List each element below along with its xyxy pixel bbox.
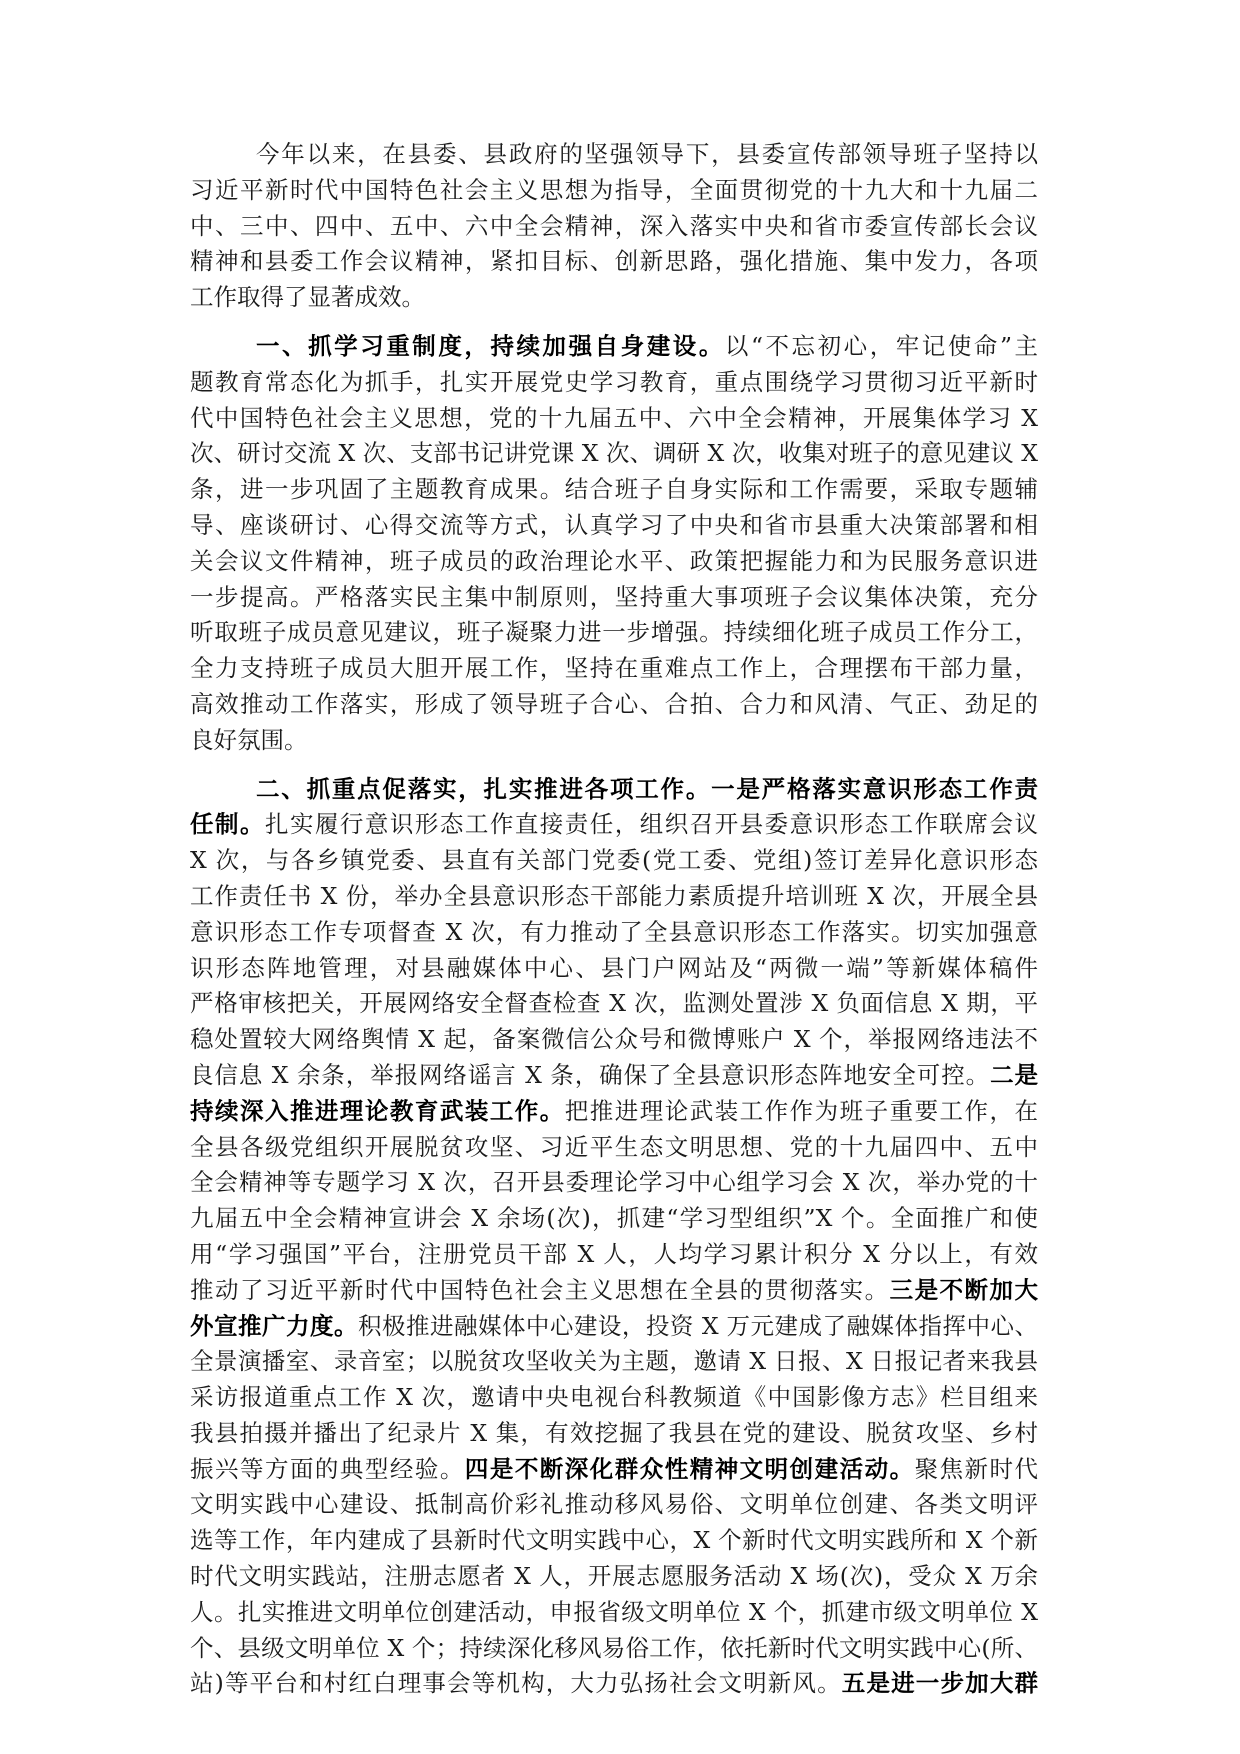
text-line: 题教育常态化为抓手，扎实开展党史学习教育，重点围绕学习贯彻习近平新时 bbox=[190, 365, 1038, 401]
paragraph-section-1: 一、抓学习重制度，持续加强自身建设。以“不忘初心，牢记使命”主题教育常态化为抓手… bbox=[190, 329, 1038, 759]
text-line: 持续深入推进理论教育武装工作。把推进理论武装工作作为班子重要工作，在 bbox=[190, 1094, 1038, 1130]
text-line: X 次，与各乡镇党委、县直有关部门党委(党工委、党组)签订差异化意识形态 bbox=[190, 843, 1038, 879]
body-text: 关会议文件精神，班子成员的政治理论水平、政策把握能力和为民服务意识进 bbox=[190, 547, 1038, 575]
bold-heading-text: 任制。 bbox=[190, 810, 265, 838]
text-line: 良好氛围。 bbox=[190, 723, 1038, 759]
body-text: 振兴等方面的典型经验。 bbox=[190, 1455, 465, 1483]
text-line: 全景演播室、录音室；以脱贫攻坚收关为主题，邀请 X 日报、X 日报记者来我县 bbox=[190, 1344, 1038, 1380]
body-text: 时代文明实践站，注册志愿者 X 人，开展志愿服务活动 X 场(次)，受众 X 万… bbox=[190, 1562, 1038, 1590]
text-line: 条，进一步巩固了主题教育成果。结合班子自身实际和工作需要，采取专题辅 bbox=[190, 472, 1038, 508]
bold-heading-text: 二、抓重点促落实，扎实推进各项工作。一是严格落实意识形态工作责 bbox=[256, 775, 1038, 803]
text-line: 识形态阵地管理，对县融媒体中心、县门户网站及“两微一端”等新媒体稿件 bbox=[190, 951, 1038, 987]
body-text: 意识形态工作专项督查 X 次，有力推动了全县意识形态工作落实。切实加强意 bbox=[190, 918, 1038, 946]
body-text: 全县各级党组织开展脱贫攻坚、习近平生态文明思想、党的十九届四中、五中 bbox=[190, 1133, 1038, 1161]
text-line: 工作取得了显著成效。 bbox=[190, 280, 1038, 316]
text-line: 采访报道重点工作 X 次，邀请中央电视台科教频道《中国影像方志》栏目组来 bbox=[190, 1380, 1038, 1416]
body-text: 采访报道重点工作 X 次，邀请中央电视台科教频道《中国影像方志》栏目组来 bbox=[190, 1383, 1038, 1411]
body-text: 条，进一步巩固了主题教育成果。结合班子自身实际和工作需要，采取专题辅 bbox=[190, 475, 1038, 503]
body-text: 个、县级文明单位 X 个；持续深化移风易俗工作，依托新时代文明实践中心(所、 bbox=[190, 1634, 1038, 1662]
text-line: 振兴等方面的典型经验。四是不断深化群众性精神文明创建活动。聚焦新时代 bbox=[190, 1452, 1038, 1488]
paragraph-section-2: 二、抓重点促落实，扎实推进各项工作。一是严格落实意识形态工作责任制。扎实履行意识… bbox=[190, 772, 1038, 1703]
text-line: 习近平新时代中国特色社会主义思想为指导，全面贯彻党的十九大和十九届二 bbox=[190, 173, 1038, 209]
bold-heading-text: 外宣推广力度。 bbox=[190, 1312, 358, 1340]
body-text: 题教育常态化为抓手，扎实开展党史学习教育，重点围绕学习贯彻习近平新时 bbox=[190, 368, 1038, 396]
bold-heading-text: 持续深入推进理论教育武装工作。 bbox=[190, 1097, 565, 1125]
text-line: 高效推动工作落实，形成了领导班子合心、合拍、合力和风清、气正、劲足的 bbox=[190, 687, 1038, 723]
body-text: 听取班子成员意见建议，班子凝聚力进一步增强。持续细化班子成员工作分工， bbox=[190, 618, 1038, 646]
body-text: 推动了习近平新时代中国特色社会主义思想在全县的贯彻落实。 bbox=[190, 1276, 890, 1304]
bold-heading-text: 五是进一步加大群 bbox=[842, 1669, 1038, 1697]
text-line: 一、抓学习重制度，持续加强自身建设。以“不忘初心，牢记使命”主 bbox=[190, 329, 1038, 365]
text-line: 外宣推广力度。积极推进融媒体中心建设，投资 X 万元建成了融媒体指挥中心、 bbox=[190, 1309, 1038, 1345]
body-text: 识形态阵地管理，对县融媒体中心、县门户网站及“两微一端”等新媒体稿件 bbox=[190, 954, 1038, 982]
text-line: 关会议文件精神，班子成员的政治理论水平、政策把握能力和为民服务意识进 bbox=[190, 544, 1038, 580]
body-text: 聚焦新时代 bbox=[915, 1455, 1038, 1483]
body-text: 选等工作，年内建成了县新时代文明实践中心，X 个新时代文明实践所和 X 个新 bbox=[190, 1526, 1038, 1554]
body-text: 工作责任书 X 份，举办全县意识形态干部能力素质提升培训班 X 次，开展全县 bbox=[190, 882, 1038, 910]
body-text: 文明实践中心建设、抵制高价彩礼推动移风易俗、文明单位创建、各类文明评 bbox=[190, 1490, 1038, 1518]
text-line: 二、抓重点促落实，扎实推进各项工作。一是严格落实意识形态工作责 bbox=[190, 772, 1038, 808]
body-text: 精神和县委工作会议精神，紧扣目标、创新思路，强化措施、集中发力，各项 bbox=[190, 247, 1038, 275]
body-text: 扎实履行意识形态工作直接责任，组织召开县委意识形态工作联席会议 bbox=[265, 810, 1038, 838]
body-text: 以“不忘初心，牢记使命”主 bbox=[725, 332, 1038, 360]
document-body: 今年以来，在县委、县政府的坚强领导下，县委宣传部领导班子坚持以习近平新时代中国特… bbox=[190, 137, 1038, 1715]
body-text: 稳处置较大网络舆情 X 起，备案微信公众号和微博账户 X 个，举报网络违法不 bbox=[190, 1025, 1038, 1053]
text-line: 文明实践中心建设、抵制高价彩礼推动移风易俗、文明单位创建、各类文明评 bbox=[190, 1487, 1038, 1523]
paragraph-intro: 今年以来，在县委、县政府的坚强领导下，县委宣传部领导班子坚持以习近平新时代中国特… bbox=[190, 137, 1038, 316]
body-text: 全景演播室、录音室；以脱贫攻坚收关为主题，邀请 X 日报、X 日报记者来我县 bbox=[190, 1347, 1038, 1375]
body-text: 代中国特色社会主义思想，党的十九届五中、六中全会精神，开展集体学习 X bbox=[190, 404, 1038, 432]
body-text: 良信息 X 余条，举报网络谣言 X 条，确保了全县意识形态阵地安全可控。 bbox=[190, 1061, 990, 1089]
text-line: 一步提高。严格落实民主集中制原则，坚持重大事项班子会议集体决策，充分 bbox=[190, 580, 1038, 616]
text-line: 意识形态工作专项督查 X 次，有力推动了全县意识形态工作落实。切实加强意 bbox=[190, 915, 1038, 951]
body-text: 我县拍摄并播出了纪录片 X 集，有效挖掘了我县在党的建设、脱贫攻坚、乡村 bbox=[190, 1419, 1038, 1447]
body-text: 工作取得了显著成效。 bbox=[190, 283, 425, 311]
text-line: 中、三中、四中、五中、六中全会精神，深入落实中央和省市委宣传部长会议 bbox=[190, 209, 1038, 245]
body-text: 积极推进融媒体中心建设，投资 X 万元建成了融媒体指挥中心、 bbox=[358, 1312, 1038, 1340]
text-line: 全会精神等专题学习 X 次，召开县委理论学习中心组学习会 X 次，举办党的十 bbox=[190, 1165, 1038, 1201]
body-text: 次、研讨交流 X 次、支部书记讲党课 X 次、调研 X 次，收集对班子的意见建议… bbox=[190, 439, 1038, 467]
text-line: 全县各级党组织开展脱贫攻坚、习近平生态文明思想、党的十九届四中、五中 bbox=[190, 1130, 1038, 1166]
text-line: 我县拍摄并播出了纪录片 X 集，有效挖掘了我县在党的建设、脱贫攻坚、乡村 bbox=[190, 1416, 1038, 1452]
text-line: 用“学习强国”平台，注册党员干部 X 人，人均学习累计积分 X 分以上，有效 bbox=[190, 1237, 1038, 1273]
text-line: 导、座谈研讨、心得交流等方式，认真学习了中央和省市县重大决策部署和相 bbox=[190, 508, 1038, 544]
body-text: 高效推动工作落实，形成了领导班子合心、合拍、合力和风清、气正、劲足的 bbox=[190, 690, 1038, 718]
body-text: X 次，与各乡镇党委、县直有关部门党委(党工委、党组)签订差异化意识形态 bbox=[190, 846, 1038, 874]
text-line: 听取班子成员意见建议，班子凝聚力进一步增强。持续细化班子成员工作分工， bbox=[190, 615, 1038, 651]
text-line: 九届五中全会精神宣讲会 X 余场(次)，抓建“学习型组织”X 个。全面推广和使 bbox=[190, 1201, 1038, 1237]
text-line: 站)等平台和村红白理事会等机构，大力弘扬社会文明新风。五是进一步加大群 bbox=[190, 1666, 1038, 1702]
text-line: 今年以来，在县委、县政府的坚强领导下，县委宣传部领导班子坚持以 bbox=[190, 137, 1038, 173]
bold-heading-text: 一、抓学习重制度，持续加强自身建设。 bbox=[256, 332, 725, 360]
body-text: 一步提高。严格落实民主集中制原则，坚持重大事项班子会议集体决策，充分 bbox=[190, 583, 1038, 611]
text-line: 次、研讨交流 X 次、支部书记讲党课 X 次、调研 X 次，收集对班子的意见建议… bbox=[190, 436, 1038, 472]
text-line: 全力支持班子成员大胆开展工作，坚持在重难点工作上，合理摆布干部力量， bbox=[190, 651, 1038, 687]
text-line: 严格审核把关，开展网络安全督查检查 X 次，监测处置涉 X 负面信息 X 期，平 bbox=[190, 986, 1038, 1022]
bold-heading-text: 二是 bbox=[990, 1061, 1038, 1089]
text-line: 选等工作，年内建成了县新时代文明实践中心，X 个新时代文明实践所和 X 个新 bbox=[190, 1523, 1038, 1559]
text-line: 人。扎实推进文明单位创建活动，申报省级文明单位 X 个，抓建市级文明单位 X bbox=[190, 1595, 1038, 1631]
text-line: 个、县级文明单位 X 个；持续深化移风易俗工作，依托新时代文明实践中心(所、 bbox=[190, 1631, 1038, 1667]
body-text: 用“学习强国”平台，注册党员干部 X 人，人均学习累计积分 X 分以上，有效 bbox=[190, 1240, 1038, 1268]
body-text: 严格审核把关，开展网络安全督查检查 X 次，监测处置涉 X 负面信息 X 期，平 bbox=[190, 989, 1038, 1017]
text-line: 时代文明实践站，注册志愿者 X 人，开展志愿服务活动 X 场(次)，受众 X 万… bbox=[190, 1559, 1038, 1595]
body-text: 站)等平台和村红白理事会等机构，大力弘扬社会文明新风。 bbox=[190, 1669, 842, 1697]
body-text: 良好氛围。 bbox=[190, 726, 308, 754]
text-line: 推动了习近平新时代中国特色社会主义思想在全县的贯彻落实。三是不断加大 bbox=[190, 1273, 1038, 1309]
body-text: 人。扎实推进文明单位创建活动，申报省级文明单位 X 个，抓建市级文明单位 X bbox=[190, 1598, 1038, 1626]
bold-heading-text: 四是不断深化群众性精神文明创建活动。 bbox=[465, 1455, 915, 1483]
text-line: 良信息 X 余条，举报网络谣言 X 条，确保了全县意识形态阵地安全可控。二是 bbox=[190, 1058, 1038, 1094]
body-text: 习近平新时代中国特色社会主义思想为指导，全面贯彻党的十九大和十九届二 bbox=[190, 176, 1038, 204]
text-line: 任制。扎实履行意识形态工作直接责任，组织召开县委意识形态工作联席会议 bbox=[190, 807, 1038, 843]
body-text: 把推进理论武装工作作为班子重要工作，在 bbox=[565, 1097, 1038, 1125]
bold-heading-text: 三是不断加大 bbox=[890, 1276, 1038, 1304]
text-line: 代中国特色社会主义思想，党的十九届五中、六中全会精神，开展集体学习 X bbox=[190, 401, 1038, 437]
body-text: 中、三中、四中、五中、六中全会精神，深入落实中央和省市委宣传部长会议 bbox=[190, 212, 1038, 240]
body-text: 全力支持班子成员大胆开展工作，坚持在重难点工作上，合理摆布干部力量， bbox=[190, 654, 1038, 682]
text-line: 稳处置较大网络舆情 X 起，备案微信公众号和微博账户 X 个，举报网络违法不 bbox=[190, 1022, 1038, 1058]
body-text: 今年以来，在县委、县政府的坚强领导下，县委宣传部领导班子坚持以 bbox=[256, 140, 1038, 168]
body-text: 九届五中全会精神宣讲会 X 余场(次)，抓建“学习型组织”X 个。全面推广和使 bbox=[190, 1204, 1038, 1232]
text-line: 精神和县委工作会议精神，紧扣目标、创新思路，强化措施、集中发力，各项 bbox=[190, 244, 1038, 280]
text-line: 工作责任书 X 份，举办全县意识形态干部能力素质提升培训班 X 次，开展全县 bbox=[190, 879, 1038, 915]
document-page: 今年以来，在县委、县政府的坚强领导下，县委宣传部领导班子坚持以习近平新时代中国特… bbox=[0, 0, 1240, 1754]
body-text: 全会精神等专题学习 X 次，召开县委理论学习中心组学习会 X 次，举办党的十 bbox=[190, 1168, 1038, 1196]
body-text: 导、座谈研讨、心得交流等方式，认真学习了中央和省市县重大决策部署和相 bbox=[190, 511, 1038, 539]
